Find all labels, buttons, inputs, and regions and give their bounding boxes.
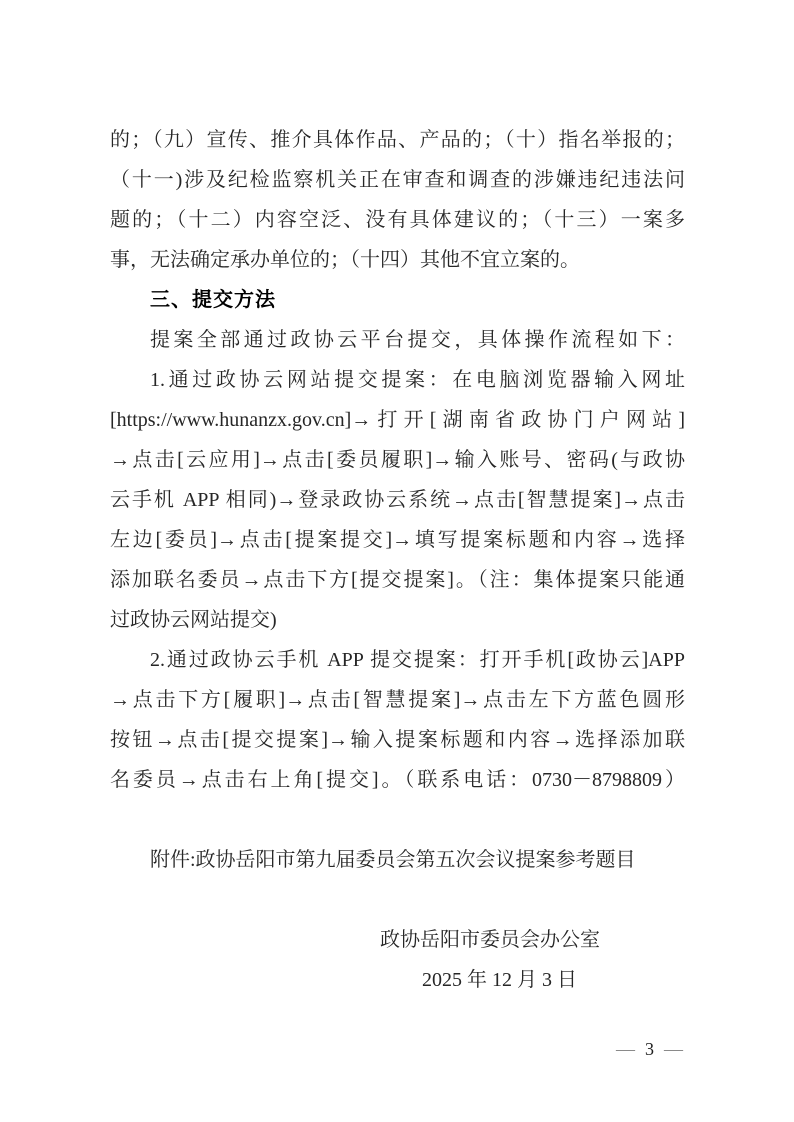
paragraph-line: →点击下方[履职]→点击[智慧提案]→点击左下方蓝色圆形 — [110, 680, 685, 720]
document-body: 的；（九）宣传、推介具体作品、产品的；（十）指名举报的； （十一)涉及纪检监察机… — [110, 120, 685, 1000]
paragraph-line-phone: 名委员→点击右上角[提交]。（联系电话：0730－8798809） — [110, 760, 685, 800]
paragraph-line: 添加联名委员→点击下方[提交提案]。（注：集体提案只能通 — [110, 560, 685, 600]
paragraph-line: 云手机 APP 相同)→登录政协云系统→点击[智慧提案]→点击 — [110, 480, 685, 520]
paragraph-line: 的；（九）宣传、推介具体作品、产品的；（十）指名举报的； — [110, 120, 685, 160]
signature-office: 政协岳阳市委员会办公室 — [110, 920, 685, 960]
paragraph-line-step2: 2.通过政协云手机 APP 提交提案：打开手机[政协云]APP — [110, 640, 685, 680]
page-number: 3 — [645, 1039, 654, 1059]
footer-dash-left: — — [616, 1039, 635, 1060]
paragraph-line: 事，无法确定承办单位的；（十四）其他不宜立案的。 — [110, 240, 685, 280]
signature-date: 2025 年 12 月 3 日 — [110, 960, 685, 1000]
paragraph-line: 过政协云网站提交) — [110, 600, 685, 640]
page-footer: —3— — [616, 1038, 683, 1061]
paragraph-line: 左边[委员]→点击[提案提交]→填写提案标题和内容→选择 — [110, 520, 685, 560]
paragraph-line: 题的；（十二）内容空泛、没有具体建议的；（十三）一案多 — [110, 200, 685, 240]
paragraph-line-url: [https://www.hunanzx.gov.cn]→打开[湖南省政协门户网… — [110, 400, 685, 440]
paragraph-line: （十一)涉及纪检监察机关正在审查和调查的涉嫌违纪违法问 — [110, 160, 685, 200]
blank-line — [110, 800, 685, 840]
paragraph-line: →点击[云应用]→点击[委员履职]→输入账号、密码(与政协 — [110, 440, 685, 480]
paragraph-line-step1: 1.通过政协云网站提交提案：在电脑浏览器输入网址 — [110, 360, 685, 400]
footer-dash-right: — — [664, 1039, 683, 1060]
paragraph-line: 提案全部通过政协云平台提交，具体操作流程如下： — [110, 320, 685, 360]
document-page: 的；（九）宣传、推介具体作品、产品的；（十）指名举报的； （十一)涉及纪检监察机… — [0, 0, 794, 1122]
blank-line — [110, 880, 685, 920]
paragraph-line: 按钮→点击[提交提案]→输入提案标题和内容→选择添加联 — [110, 720, 685, 760]
section-heading: 三、提交方法 — [110, 280, 685, 320]
attachment-note: 附件:政协岳阳市第九届委员会第五次会议提案参考题目 — [110, 840, 685, 880]
